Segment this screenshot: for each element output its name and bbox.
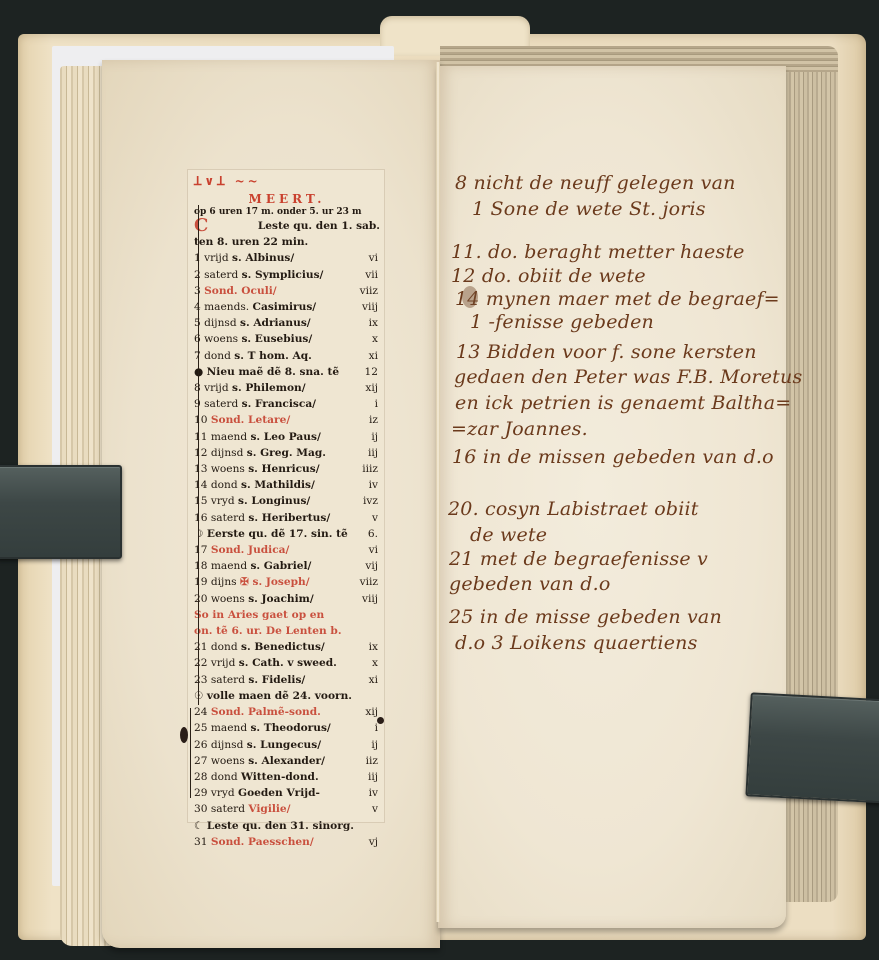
feast-name: s. Gabriel/ (250, 560, 311, 572)
calendar-entry: 9 saterd s. Francisca/ (194, 396, 316, 412)
feast-name: s. Mathildis/ (241, 479, 315, 491)
day-number: 3 (194, 285, 204, 297)
calendar-row: 7 dond s. T hom. Aq.xi (194, 348, 380, 364)
calendar-row: 5 dijnsd s. Adrianus/ix (194, 315, 380, 331)
weekday: vryd (211, 495, 238, 507)
weekday: vrijd (204, 252, 232, 264)
feast-name: s. Eusebius/ (241, 333, 312, 345)
feast-name: s. Fidelis/ (248, 674, 305, 686)
golden-number: iij (368, 445, 380, 461)
calendar-entry: 31 Sond. Paesschen/ (194, 834, 314, 850)
weekday: woens (211, 463, 248, 475)
weekday: maend (211, 560, 251, 572)
calendar-row: 25 maend s. Theodorus/i (194, 720, 380, 736)
day-number: 29 (194, 787, 211, 799)
day-number: 14 (194, 479, 211, 491)
day-number: 18 (194, 560, 211, 572)
weekday: dond (211, 479, 241, 491)
calendar-row: 27 woens s. Alexander/iiz (194, 753, 380, 769)
day-number: ● (194, 366, 207, 378)
calendar-entry: 20 woens s. Joachim/ (194, 591, 314, 607)
golden-number: 12 (365, 364, 380, 380)
calendar-entry: 8 vrijd s. Philemon/ (194, 380, 306, 396)
day-number: 30 (194, 803, 211, 815)
calendar-row: 13 woens s. Henricus/iiiz (194, 461, 380, 477)
calendar-entry: 15 vryd s. Longinus/ (194, 493, 310, 509)
feast-name: s. T hom. Aq. (234, 350, 312, 362)
calendar-row: ☾ Leste qu. den 31. sinorg. (194, 818, 380, 834)
calendar-entry: 29 vryd Goeden Vrijd- (194, 785, 320, 801)
calendar-entry: 23 saterd s. Fidelis/ (194, 672, 305, 688)
right-metal-clasp (745, 692, 879, 803)
day-number: 10 (194, 414, 211, 426)
feast-name: ✠ s. Joseph/ (240, 576, 310, 588)
feast-name: Sond. Paesschen/ (211, 836, 314, 848)
feast-name: s. Benedictus/ (241, 641, 325, 653)
day-number: 11 (194, 431, 211, 443)
golden-number: vii (365, 267, 380, 283)
calendar-row: 8 vrijd s. Philemon/xij (194, 380, 380, 396)
day-number: 17 (194, 544, 211, 556)
handwritten-line: 8 nicht de neuff gelegen van (455, 172, 736, 194)
golden-number (378, 818, 380, 834)
golden-number: iij (368, 769, 380, 785)
golden-number: ix (369, 315, 380, 331)
feast-name: Vigilie/ (248, 803, 290, 815)
weekday: saterd (204, 269, 242, 281)
day-number: 12 (194, 447, 211, 459)
handwritten-line: de wete (470, 524, 547, 546)
feast-name: s. Henricus/ (248, 463, 319, 475)
calendar-row: 22 vrijd s. Cath. v sweed.x (194, 655, 380, 671)
weekday: dond (204, 350, 234, 362)
golden-number: iz (369, 412, 380, 428)
handwritten-line: =zar Joannes. (451, 418, 588, 440)
handwritten-line: 20. cosyn Labistraet obiit (448, 498, 699, 520)
golden-number (378, 607, 380, 623)
calendar-row: 21 dond s. Benedictus/ix (194, 639, 380, 655)
calendar-entry: 7 dond s. T hom. Aq. (194, 348, 312, 364)
calendar-row: 28 dond Witten-dond.iij (194, 769, 380, 785)
calendar-row: 24 Sond. Palmẽ-sond.xij (194, 704, 380, 720)
calendar-row: 14 dond s. Mathildis/iv (194, 477, 380, 493)
day-number: 27 (194, 755, 211, 767)
feast-name: s. Longinus/ (238, 495, 310, 507)
golden-number: v (372, 801, 380, 817)
feast-name: s. Adrianus/ (240, 317, 311, 329)
day-number: 31 (194, 836, 211, 848)
golden-number: ix (369, 639, 380, 655)
calendar-row: So in Aries gaet op en (194, 607, 380, 623)
feast-name: s. Joachim/ (248, 593, 314, 605)
day-number: 16 (194, 512, 211, 524)
calendar-entry: 2 saterd s. Symplicius/ (194, 267, 323, 283)
golden-number: ij (371, 737, 380, 753)
handwritten-line: 12 do. obiit de wete (451, 265, 646, 287)
day-number: ☽ (194, 528, 207, 540)
calendar-entry: 18 maend s. Gabriel/ (194, 558, 311, 574)
drop-cap: C (194, 218, 208, 234)
weekday: dond (211, 641, 241, 653)
handwritten-line: 1 Sone de wete St. joris (472, 198, 706, 220)
calendar-entry: ☽ Eerste qu. dẽ 17. sin. tẽ (194, 526, 348, 542)
calendar-month-title: MEERT. (194, 192, 380, 206)
calendar-header: op 6 uren 17 m. onder 5. ur 23 mC Leste … (194, 206, 380, 250)
calendar-entry: on. tẽ 6. ur. De Lenten b. (194, 623, 342, 639)
weekday: woens (204, 333, 241, 345)
calendar-entry: 6 woens s. Eusebius/ (194, 331, 312, 347)
calendar-header-text: Leste qu. den 1. sab. (258, 218, 380, 234)
day-number: 25 (194, 722, 211, 734)
feast-name: Goeden Vrijd- (238, 787, 320, 799)
calendar-row: 19 dijns ✠ s. Joseph/viiz (194, 574, 380, 590)
handwritten-line: 13 Bidden voor f. sone kersten (456, 341, 757, 363)
golden-number: viiz (360, 574, 380, 590)
calendar-entry: ● Nieu maẽ dẽ 8. sna. tẽ (194, 364, 339, 380)
day-number: 2 (194, 269, 204, 281)
feast-name: s. Heribertus/ (248, 512, 330, 524)
handwritten-line: gedaen den Peter was F.B. Moretus (454, 366, 802, 388)
feast-name: s. Albinus/ (232, 252, 294, 264)
golden-number: 6. (368, 526, 380, 542)
calendar-entry: 16 saterd s. Heribertus/ (194, 510, 330, 526)
calendar-entry: 21 dond s. Benedictus/ (194, 639, 325, 655)
calendar-entry: 14 dond s. Mathildis/ (194, 477, 315, 493)
handwritten-line: 21 met de begraefenisse v (449, 548, 708, 570)
calendar-left-rule-lower (190, 708, 191, 798)
feast-name: Sond. Letare/ (211, 414, 290, 426)
feast-name: Sond. Oculi/ (204, 285, 277, 297)
calendar-row: 30 saterd Vigilie/v (194, 801, 380, 817)
calendar-row: 6 woens s. Eusebius/x (194, 331, 380, 347)
handwritten-line: 11. do. beraght metter haeste (451, 241, 745, 263)
calendar-row: 20 woens s. Joachim/viij (194, 591, 380, 607)
ink-dot (377, 717, 384, 724)
calendar-row: 17 Sond. Judica/vi (194, 542, 380, 558)
day-number: 28 (194, 771, 211, 783)
handwritten-line: 1 -fenisse gebeden (470, 311, 654, 333)
calendar-row: 18 maend s. Gabriel/vij (194, 558, 380, 574)
feast-name: Eerste qu. dẽ 17. sin. tẽ (207, 528, 348, 540)
day-number: 1 (194, 252, 204, 264)
calendar-row: 29 vryd Goeden Vrijd-iv (194, 785, 380, 801)
weekday: saterd (211, 803, 249, 815)
calendar-entry: ☾ Leste qu. den 31. sinorg. (194, 818, 354, 834)
calendar-row: 9 saterd s. Francisca/i (194, 396, 380, 412)
golden-number: iv (369, 477, 380, 493)
feast-name: So in Aries gaet op en (194, 609, 324, 621)
handwritten-line: en ick petrien is genaemt Baltha= (455, 392, 791, 414)
weekday: dijnsd (211, 739, 247, 751)
feast-name: s. Francisca/ (242, 398, 316, 410)
calendar-header-line: ten 8. uren 22 min. (194, 234, 380, 250)
right-page (438, 66, 786, 928)
day-number: 13 (194, 463, 211, 475)
weekday: woens (211, 593, 248, 605)
left-metal-clasp (0, 465, 122, 559)
feast-name: s. Alexander/ (248, 755, 325, 767)
golden-number: xij (365, 380, 380, 396)
calendar-entry: 11 maend s. Leo Paus/ (194, 429, 321, 445)
day-number: 22 (194, 657, 211, 669)
calendar-header-text: op 6 uren 17 m. onder 5. ur 23 m (194, 206, 362, 218)
day-number: 15 (194, 495, 211, 507)
day-number: 7 (194, 350, 204, 362)
calendar-entry: 3 Sond. Oculi/ (194, 283, 277, 299)
feast-name: Sond. Judica/ (211, 544, 290, 556)
calendar-row: 26 dijnsd s. Lungecus/ij (194, 737, 380, 753)
golden-number: ij (371, 429, 380, 445)
golden-number: vi (369, 542, 380, 558)
calendar-entry: 17 Sond. Judica/ (194, 542, 289, 558)
calendar-header-line: op 6 uren 17 m. onder 5. ur 23 m (194, 206, 380, 218)
golden-number: iv (369, 785, 380, 801)
calendar-entry: 30 saterd Vigilie/ (194, 801, 291, 817)
day-number: 20 (194, 593, 211, 605)
calendar-slip: ꓕ∨ꓕ ~~ MEERT. op 6 uren 17 m. onder 5. u… (188, 170, 384, 822)
day-number: 6 (194, 333, 204, 345)
golden-number: vj (369, 834, 380, 850)
calendar-row: on. tẽ 6. ur. De Lenten b. (194, 623, 380, 639)
feast-name: s. Philemon/ (232, 382, 306, 394)
calendar-entry: 26 dijnsd s. Lungecus/ (194, 737, 321, 753)
calendar-entry: 19 dijns ✠ s. Joseph/ (194, 574, 310, 590)
ink-blot (180, 727, 188, 743)
day-number: 21 (194, 641, 211, 653)
golden-number: vij (365, 558, 380, 574)
feast-name: s. Cath. v sweed. (239, 657, 337, 669)
golden-number: vi (369, 250, 380, 266)
golden-number: iiiz (362, 461, 380, 477)
feast-name: Sond. Palmẽ-sond. (211, 706, 321, 718)
calendar-header-text: ten 8. uren 22 min. (194, 234, 308, 250)
handwritten-line: gebeden van d.o (449, 573, 610, 595)
golden-number: v (372, 510, 380, 526)
day-number: 5 (194, 317, 204, 329)
golden-number: iiz (366, 753, 380, 769)
day-number: 8 (194, 382, 204, 394)
weekday: dijnsd (204, 317, 240, 329)
calendar-entry: 28 dond Witten-dond. (194, 769, 319, 785)
day-number: 26 (194, 739, 211, 751)
golden-number (378, 623, 380, 639)
calendar-row: 1 vrijd s. Albinus/vi (194, 250, 380, 266)
calendar-entry: 12 dijnsd s. Greg. Mag. (194, 445, 326, 461)
weekday: maends. (204, 301, 252, 313)
calendar-row: 2 saterd s. Symplicius/vii (194, 267, 380, 283)
weekday: maend (211, 431, 251, 443)
handwritten-line: 25 in de misse gebeden van (449, 606, 722, 628)
feast-name: Nieu maẽ dẽ 8. sna. tẽ (207, 366, 339, 378)
calendar-entry: 1 vrijd s. Albinus/ (194, 250, 294, 266)
weekday: vryd (211, 787, 238, 799)
day-number: 4 (194, 301, 204, 313)
golden-number: ivz (363, 493, 380, 509)
golden-number: x (372, 655, 380, 671)
golden-number: xi (369, 672, 380, 688)
calendar-row: 12 dijnsd s. Greg. Mag.iij (194, 445, 380, 461)
calendar-row: 4 maends. Casimirus/viij (194, 299, 380, 315)
calendar-entry: 13 woens s. Henricus/ (194, 461, 320, 477)
weekday: dijns (211, 576, 240, 588)
handwritten-line: d.o 3 Loikens quaertiens (455, 632, 698, 654)
calendar-entry: So in Aries gaet op en (194, 607, 324, 623)
calendar-row: ● Nieu maẽ dẽ 8. sna. tẽ12 (194, 364, 380, 380)
calendar-entry: 27 woens s. Alexander/ (194, 753, 325, 769)
feast-name: Leste qu. den 31. sinorg. (207, 820, 354, 832)
calendar-entry: 4 maends. Casimirus/ (194, 299, 316, 315)
feast-name: Casimirus/ (253, 301, 317, 313)
calendar-row: 23 saterd s. Fidelis/xi (194, 672, 380, 688)
day-number: 9 (194, 398, 204, 410)
weekday: saterd (204, 398, 242, 410)
weekday: saterd (211, 674, 249, 686)
book-gutter (436, 62, 440, 922)
calendar-left-rule (198, 205, 199, 705)
weekday: saterd (211, 512, 249, 524)
calendar-row: 31 Sond. Paesschen/vj (194, 834, 380, 850)
day-number: 19 (194, 576, 211, 588)
golden-number: viiz (360, 283, 380, 299)
calendar-entry: 5 dijnsd s. Adrianus/ (194, 315, 311, 331)
calendar-header-line: C Leste qu. den 1. sab. (194, 218, 380, 234)
feast-name: s. Lungecus/ (247, 739, 321, 751)
weekday: dond (211, 771, 241, 783)
handwritten-line: 14 mynen maer met de begraef= (455, 288, 780, 310)
calendar-row: 3 Sond. Oculi/viiz (194, 283, 380, 299)
calendar-entry: 22 vrijd s. Cath. v sweed. (194, 655, 337, 671)
weekday: vrijd (204, 382, 232, 394)
golden-number: viij (362, 299, 380, 315)
feast-name: s. Theodorus/ (250, 722, 330, 734)
calendar-row: ☉ volle maen dẽ 24. voorn. (194, 688, 380, 704)
golden-number: xi (369, 348, 380, 364)
handwritten-line: 16 in de missen gebeden van d.o (452, 446, 774, 468)
weekday: maend (211, 722, 251, 734)
feast-name: volle maen dẽ 24. voorn. (207, 690, 352, 702)
calendar-entry: 25 maend s. Theodorus/ (194, 720, 331, 736)
calendar-entry: 10 Sond. Letare/ (194, 412, 290, 428)
calendar-row: 10 Sond. Letare/iz (194, 412, 380, 428)
day-number: 24 (194, 706, 211, 718)
ink-stain (462, 286, 478, 308)
golden-number: viij (362, 591, 380, 607)
feast-name: s. Symplicius/ (242, 269, 324, 281)
calendar-day-list: 1 vrijd s. Albinus/vi2 saterd s. Symplic… (194, 250, 380, 850)
calendar-entry: 24 Sond. Palmẽ-sond. (194, 704, 321, 720)
weekday: vrijd (211, 657, 239, 669)
calendar-row: 11 maend s. Leo Paus/ij (194, 429, 380, 445)
day-number: ☾ (194, 820, 207, 832)
golden-number (378, 688, 380, 704)
day-number: 23 (194, 674, 211, 686)
feast-name: s. Greg. Mag. (247, 447, 326, 459)
calendar-entry: ☉ volle maen dẽ 24. voorn. (194, 688, 352, 704)
weekday: woens (211, 755, 248, 767)
feast-name: Witten-dond. (241, 771, 319, 783)
day-number: ☉ (194, 690, 207, 702)
feast-name: s. Leo Paus/ (250, 431, 320, 443)
feast-name: on. tẽ 6. ur. De Lenten b. (194, 625, 342, 637)
golden-number: i (375, 396, 380, 412)
calendar-row: ☽ Eerste qu. dẽ 17. sin. tẽ6. (194, 526, 380, 542)
calendar-top-fragment: ꓕ∨ꓕ ~~ (194, 174, 380, 188)
calendar-row: 16 saterd s. Heribertus/v (194, 510, 380, 526)
golden-number: x (372, 331, 380, 347)
weekday: dijnsd (211, 447, 247, 459)
calendar-row: 15 vryd s. Longinus/ivz (194, 493, 380, 509)
